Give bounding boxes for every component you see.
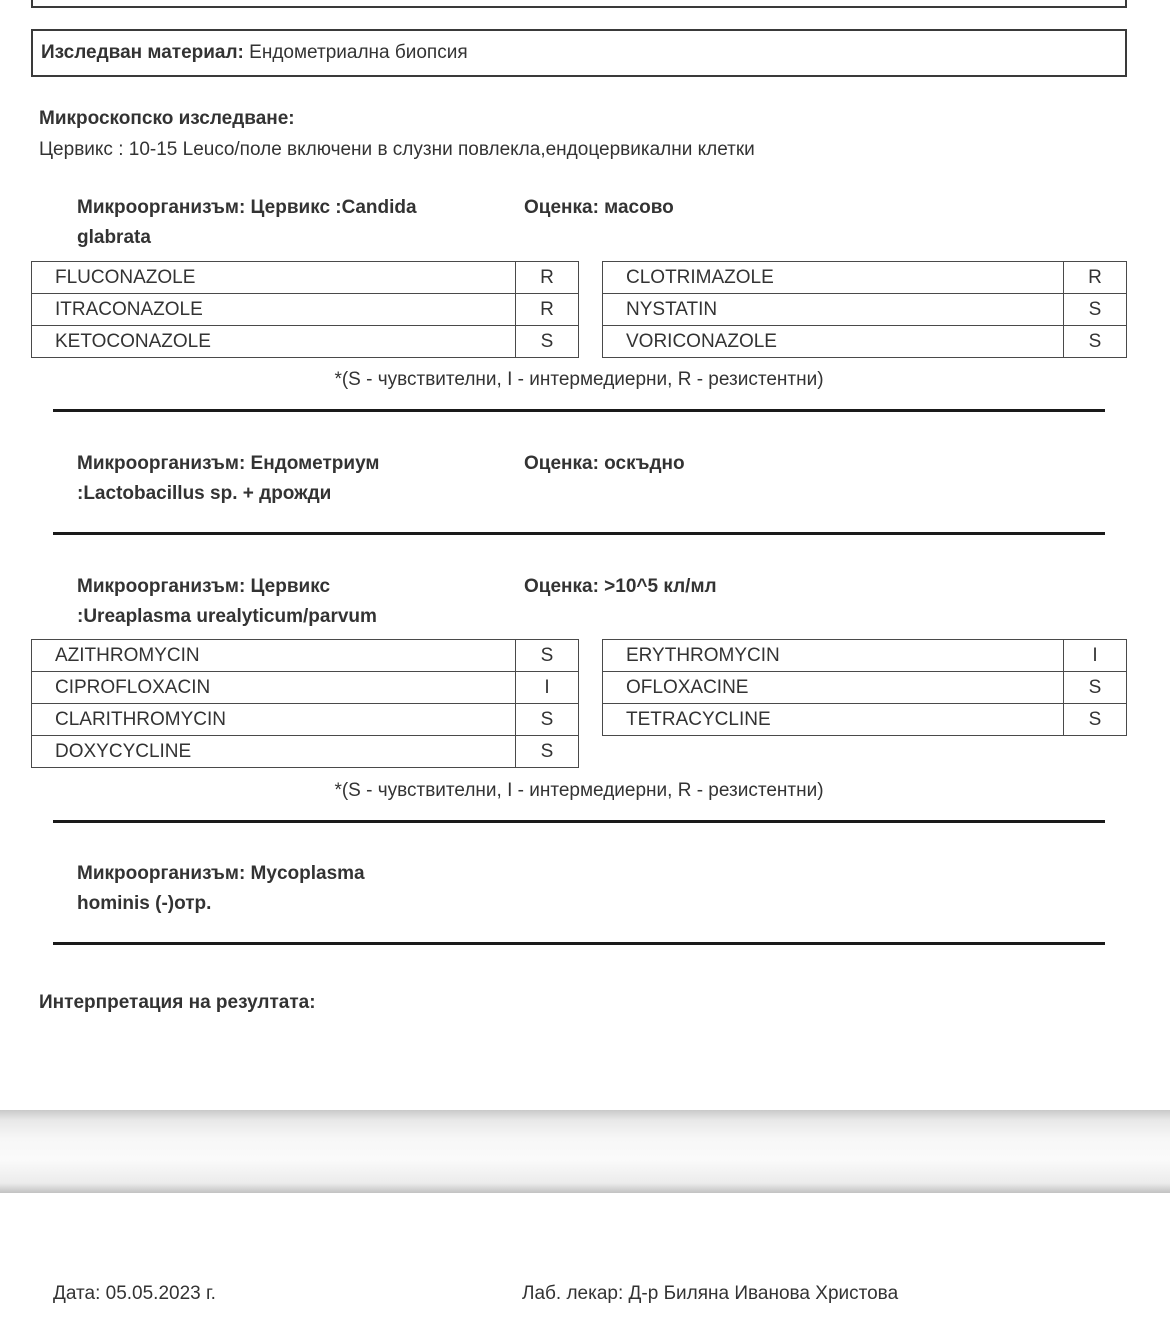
table-row: CLARITHROMYCINS (32, 704, 579, 736)
material-value: Ендометриална биопсия (249, 42, 467, 63)
table-row: TETRACYCLINES (603, 704, 1127, 736)
section-divider (53, 942, 1105, 945)
material-label: Изследван материал: (41, 42, 244, 63)
table-row: CLOTRIMAZOLER (603, 262, 1127, 294)
organism-name-line1: Микроорганизъм: Ендометриум (77, 449, 497, 479)
section-divider (53, 409, 1105, 412)
microscopy-title: Микроскопско изследване: (39, 108, 295, 130)
susceptibility-legend: *(S - чувствителни, I - интермедиерни, R… (0, 369, 1158, 391)
organism-name-line1: Микроорганизъм: Цервикс (77, 572, 497, 602)
susceptibility-table-right: ERYTHROMYCINI OFLOXACINES TETRACYCLINES (602, 639, 1127, 736)
previous-section-box (31, 0, 1127, 8)
organism-name-line1: Микроорганизъм: Mycoplasma (77, 859, 497, 889)
drug-result: R (516, 262, 579, 294)
table-row: VORICONAZOLES (603, 326, 1127, 358)
organism-name: Микроорганизъм: Ендометриум :Lactobacill… (77, 449, 497, 509)
drug-name: CLARITHROMYCIN (32, 704, 516, 736)
drug-result: S (516, 640, 579, 672)
drug-name: KETOCONAZOLE (32, 326, 516, 358)
table-row: OFLOXACINES (603, 672, 1127, 704)
organism-name: Микроорганизъм: Цервикс :Candida glabrat… (77, 193, 497, 253)
lab-doctor: Лаб. лекар: Д-р Биляна Иванова Христова (522, 1283, 898, 1305)
drug-name: ERYTHROMYCIN (603, 640, 1064, 672)
organism-name-line2: hominis (-)отр. (77, 889, 497, 919)
table-row: AZITHROMYCINS (32, 640, 579, 672)
drug-name: VORICONAZOLE (603, 326, 1064, 358)
drug-name: ITRACONAZOLE (32, 294, 516, 326)
interpretation-title: Интерпретация на резултата: (39, 992, 316, 1014)
drug-name: CLOTRIMAZOLE (603, 262, 1064, 294)
section-divider (53, 820, 1105, 823)
report-date: Дата: 05.05.2023 г. (53, 1283, 216, 1305)
drug-result: R (516, 294, 579, 326)
drug-result: I (1064, 640, 1127, 672)
drug-name: FLUCONAZOLE (32, 262, 516, 294)
drug-result: I (516, 672, 579, 704)
drug-name: DOXYCYCLINE (32, 736, 516, 768)
drug-name: TETRACYCLINE (603, 704, 1064, 736)
organism-rating: Оценка: масово (524, 193, 674, 223)
drug-name: NYSTATIN (603, 294, 1064, 326)
table-row: ITRACONAZOLER (32, 294, 579, 326)
table-row: CIPROFLOXACINI (32, 672, 579, 704)
susceptibility-table-right: CLOTRIMAZOLER NYSTATINS VORICONAZOLES (602, 261, 1127, 358)
organism-name: Микроорганизъм: Mycoplasma hominis (-)от… (77, 859, 497, 919)
drug-result: S (516, 736, 579, 768)
organism-name-line2: :Lactobacillus sp. + дрожди (77, 479, 497, 509)
table-row: DOXYCYCLINES (32, 736, 579, 768)
susceptibility-table-left: AZITHROMYCINS CIPROFLOXACINI CLARITHROMY… (31, 639, 579, 768)
page-break (0, 1110, 1170, 1193)
drug-result: S (516, 326, 579, 358)
organism-rating: Оценка: оскъдно (524, 449, 685, 479)
table-row: FLUCONAZOLER (32, 262, 579, 294)
susceptibility-table-left: FLUCONAZOLER ITRACONAZOLER KETOCONAZOLES (31, 261, 579, 358)
drug-result: S (1064, 672, 1127, 704)
organism-name: Микроорганизъм: Цервикс :Ureaplasma urea… (77, 572, 497, 632)
drug-result: R (1064, 262, 1127, 294)
drug-result: S (1064, 326, 1127, 358)
table-row: KETOCONAZOLES (32, 326, 579, 358)
section-divider (53, 532, 1105, 535)
drug-result: S (1064, 704, 1127, 736)
material-box: Изследван материал: Ендометриална биопси… (31, 29, 1127, 77)
drug-result: S (1064, 294, 1127, 326)
organism-name-line2: glabrata (77, 223, 497, 253)
drug-name: CIPROFLOXACIN (32, 672, 516, 704)
table-row: ERYTHROMYCINI (603, 640, 1127, 672)
susceptibility-legend: *(S - чувствителни, I - интермедиерни, R… (0, 780, 1158, 802)
organism-rating: Оценка: >10^5 кл/мл (524, 572, 717, 602)
microscopy-text: Цервикс : 10-15 Leuco/поле включени в сл… (39, 139, 755, 161)
organism-name-line2: :Ureaplasma urealyticum/parvum (77, 602, 497, 632)
drug-name: AZITHROMYCIN (32, 640, 516, 672)
table-row: NYSTATINS (603, 294, 1127, 326)
drug-result: S (516, 704, 579, 736)
organism-name-line1: Микроорганизъм: Цервикс :Candida (77, 193, 497, 223)
drug-name: OFLOXACINE (603, 672, 1064, 704)
